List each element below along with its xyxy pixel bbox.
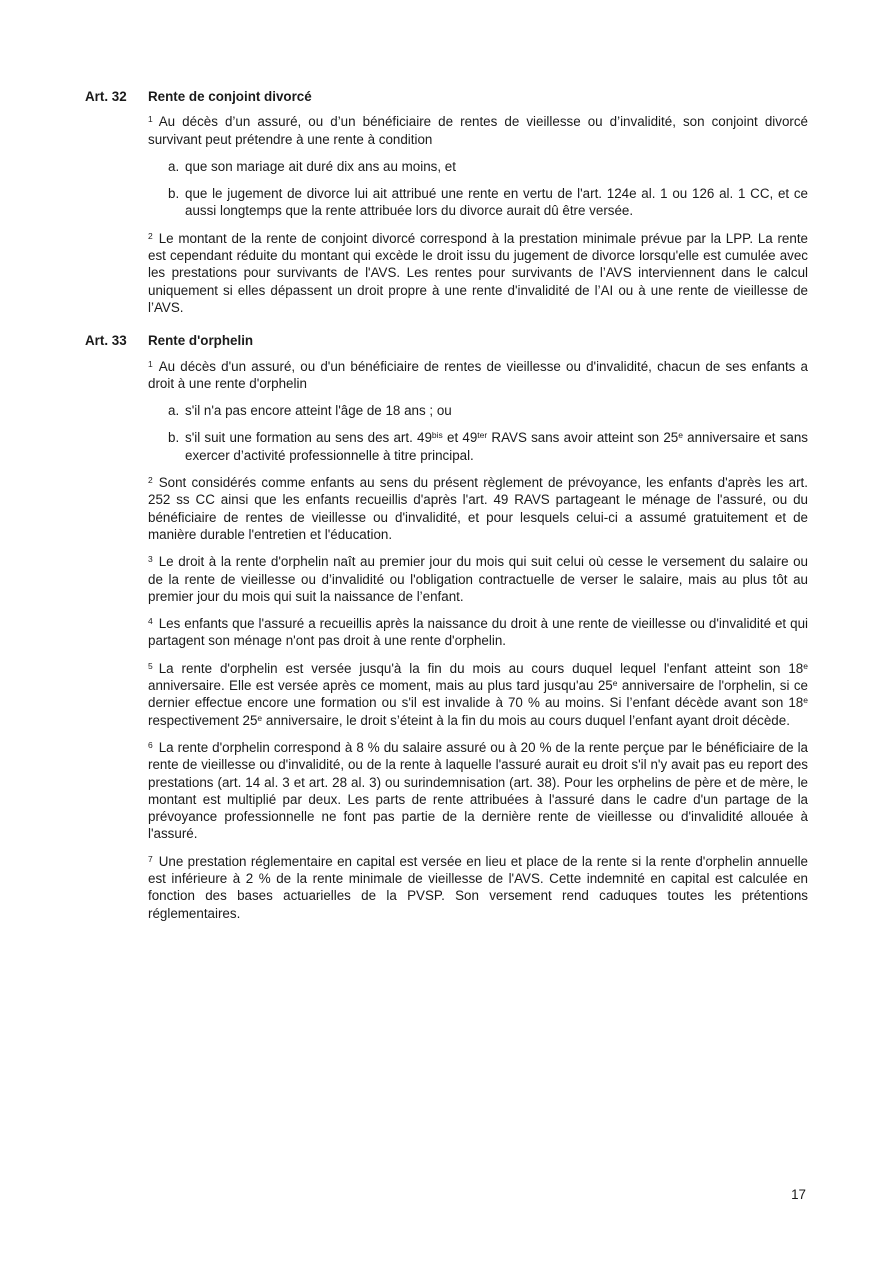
paragraph: 5La rente d'orphelin est versée jusqu'à … (148, 660, 808, 729)
list-item-marker: a. (168, 158, 185, 175)
inline-superscript: e (803, 695, 808, 705)
paragraph-number: 1 (148, 359, 153, 369)
list-item: a.que son mariage ait duré dix ans au mo… (168, 158, 808, 175)
paragraph-number: 6 (148, 740, 153, 750)
article-33-title: Rente d'orphelin (148, 332, 253, 349)
list-item-marker: a. (168, 402, 185, 419)
article-32-header: Art. 32 Rente de conjoint divorcé (85, 88, 808, 105)
paragraph: 1Au décès d’un assuré, ou d’un bénéficia… (148, 113, 808, 148)
document-page: Art. 32 Rente de conjoint divorcé 1Au dé… (0, 0, 892, 1263)
list-item: a.s'il n'a pas encore atteint l'âge de 1… (168, 402, 808, 419)
inline-superscript: e (803, 661, 808, 671)
paragraph-number: 7 (148, 854, 153, 864)
document-content: Art. 32 Rente de conjoint divorcé 1Au dé… (85, 88, 808, 922)
paragraph: 2Sont considérés comme enfants au sens d… (148, 474, 808, 543)
paragraph-number: 3 (148, 554, 153, 564)
article-32-body: 1Au décès d’un assuré, ou d’un bénéficia… (148, 113, 808, 316)
paragraph: 2Le montant de la rente de conjoint divo… (148, 230, 808, 316)
article-33-header: Art. 33 Rente d'orphelin (85, 332, 808, 349)
list-item: b.s'il suit une formation au sens des ar… (168, 429, 808, 464)
paragraph-number: 5 (148, 661, 153, 671)
paragraph-number: 2 (148, 475, 153, 485)
article-32-label: Art. 32 (85, 88, 148, 105)
page-number: 17 (791, 1186, 806, 1203)
article-32: Art. 32 Rente de conjoint divorcé 1Au dé… (85, 88, 808, 316)
article-33-label: Art. 33 (85, 332, 148, 349)
inline-superscript: e (613, 678, 618, 688)
inline-superscript: bis (432, 430, 443, 440)
article-32-title: Rente de conjoint divorcé (148, 88, 312, 105)
paragraph-number: 2 (148, 231, 153, 241)
paragraph-number: 1 (148, 114, 153, 124)
inline-superscript: e (678, 430, 683, 440)
article-33-body: 1Au décès d'un assuré, ou d'un bénéficia… (148, 358, 808, 922)
list-item: b.que le jugement de divorce lui ait att… (168, 185, 808, 220)
inline-superscript: e (257, 713, 262, 723)
list-item-text: que le jugement de divorce lui ait attri… (185, 185, 808, 220)
paragraph: 4Les enfants que l'assuré a recueillis a… (148, 615, 808, 650)
paragraph: 3Le droit à la rente d'orphelin naît au … (148, 553, 808, 605)
list-item-text: s'il suit une formation au sens des art.… (185, 429, 808, 464)
list-item-text: s'il n'a pas encore atteint l'âge de 18 … (185, 402, 808, 419)
paragraph: 7Une prestation réglementaire en capital… (148, 853, 808, 922)
article-33: Art. 33 Rente d'orphelin 1Au décès d'un … (85, 332, 808, 922)
list-item-marker: b. (168, 185, 185, 220)
list-item-text: que son mariage ait duré dix ans au moin… (185, 158, 808, 175)
paragraph-number: 4 (148, 616, 153, 626)
paragraph: 1Au décès d'un assuré, ou d'un bénéficia… (148, 358, 808, 393)
inline-superscript: ter (477, 430, 487, 440)
list-item-marker: b. (168, 429, 185, 464)
paragraph: 6La rente d'orphelin correspond à 8 % du… (148, 739, 808, 843)
